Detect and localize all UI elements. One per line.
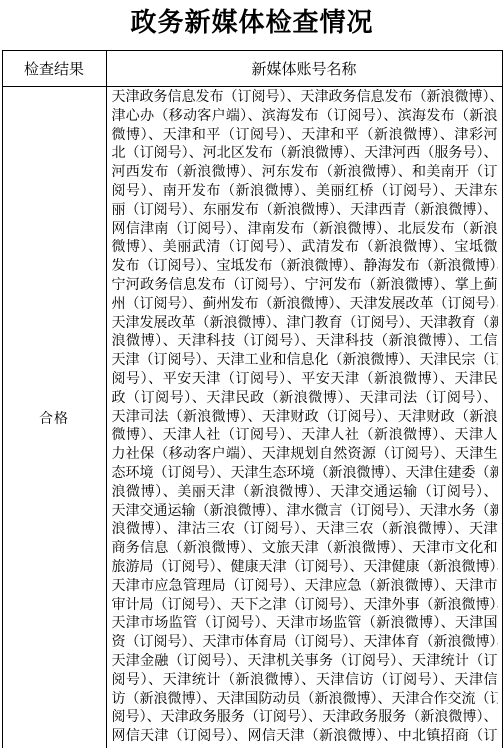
account-line: 商务信息（新浪微博）、文旅天津（新浪微博）、天津市文化和 xyxy=(112,540,498,559)
page-title: 政务新媒体检查情况 xyxy=(0,6,504,40)
account-line: 宁河政务信息发布（订阅号）、宁河发布（新浪微博）、掌上蓟 xyxy=(112,277,498,296)
header-result-column: 检查结果 xyxy=(2,51,106,87)
account-line: 北（订阅号）、河北区发布（新浪微博）、天津河西（服务号）、 xyxy=(112,145,498,164)
account-line: 天津政务信息发布（订阅号）、天津政务信息发布（新浪微博）、 xyxy=(112,89,498,108)
document-page: 政务新媒体检查情况 检查结果 新媒体账号名称 合格 天津政务信息发布（订阅号）、… xyxy=(0,0,504,748)
table-row: 合格 天津政务信息发布（订阅号）、天津政务信息发布（新浪微博）、津心办（移动客户… xyxy=(2,87,502,748)
account-line: 浪微博）、美丽天津（新浪微博）、天津交通运输（订阅号）、 xyxy=(112,484,498,503)
result-cell: 合格 xyxy=(2,87,106,748)
accounts-cell: 天津政务信息发布（订阅号）、天津政务信息发布（新浪微博）、津心办（移动客户端）、… xyxy=(106,87,502,748)
account-line: 天津司法（新浪微博）、天津财政（订阅号）、天津财政（新浪 xyxy=(112,409,498,428)
account-line: 网信津南（订阅号）、津南发布（新浪微博）、北辰发布（新浪 xyxy=(112,221,498,240)
account-line: 旅游局（订阅号）、健康天津（订阅号）、天津健康（新浪微博）、 xyxy=(112,559,498,578)
account-line: 网信天津（订阅号）、网信天津（新浪微博）、中北镇招商（订 xyxy=(112,728,498,747)
account-line: 州（订阅号）、蓟州发布（新浪微博）、天津发展改革（订阅号）、 xyxy=(112,296,498,315)
account-line: 天津市应急管理局（订阅号）、天津应急（新浪微博）、天津市 xyxy=(112,578,498,597)
account-line: 审计局（订阅号）、天下之津（订阅号）、天津外事（新浪微博）、 xyxy=(112,597,498,616)
account-line: 微博）、天津和平（订阅号）、天津和平（新浪微博）、津彩河 xyxy=(112,127,498,146)
account-line: 丽（订阅号）、东丽发布（新浪微博）、天津西青（新浪微博）、 xyxy=(112,202,498,221)
account-line: 浪微博）、天津科技（订阅号）、天津科技（新浪微博）、工信 xyxy=(112,333,498,352)
account-line: 阅号）、平安天津（订阅号）、平安天津（新浪微博）、天津民 xyxy=(112,371,498,390)
account-line: 访（新浪微博）、天津国防动员（新浪微博）、天津合作交流（订 xyxy=(112,691,498,710)
account-line: 微博）、美丽武清（订阅号）、武清发布（新浪微博）、宝坻微 xyxy=(112,239,498,258)
account-line: 阅号）、天津统计（新浪微博）、天津信访（订阅号）、天津信 xyxy=(112,672,498,691)
account-line: 天津市场监管（订阅号）、天津市场监管（新浪微博）、天津国 xyxy=(112,615,498,634)
account-line: 资（订阅号）、天津市体育局（订阅号）、天津体育（新浪微博）、 xyxy=(112,634,498,653)
account-line: 天津（订阅号）、天津工业和信息化（新浪微博）、天津民宗（订 xyxy=(112,352,498,371)
account-line: 天津交通运输（新浪微博）、津水微言（订阅号）、天津水务（新 xyxy=(112,503,498,522)
account-line: 天津发展改革（新浪微博）、津门教育（订阅号）、天津教育（新 xyxy=(112,315,498,334)
account-line: 天津金融（订阅号）、天津机关事务（订阅号）、天津统计（订 xyxy=(112,653,498,672)
account-line: 阅号）、南开发布（新浪微博）、美丽红桥（订阅号）、天津东 xyxy=(112,183,498,202)
account-line: 微博）、天津人社（订阅号）、天津人社（新浪微博）、天津人 xyxy=(112,427,498,446)
account-line: 阅号）、天津政务服务（订阅号）、天津政务服务（新浪微博）、 xyxy=(112,709,498,728)
header-accounts-column: 新媒体账号名称 xyxy=(106,51,502,87)
table-header-row: 检查结果 新媒体账号名称 xyxy=(2,51,502,87)
account-line: 河西发布（新浪微博）、河东发布（新浪微博）、和美南开（订 xyxy=(112,164,498,183)
account-line: 力社保（移动客户端）、天津规划自然资源（订阅号）、天津生 xyxy=(112,446,498,465)
account-line: 态环境（订阅号）、天津生态环境（新浪微博）、天津住建委（新 xyxy=(112,465,498,484)
account-line: 浪微博）、津沽三农（订阅号）、天津三农（新浪微博）、天津 xyxy=(112,521,498,540)
account-line: 发布（订阅号）、宝坻发布（新浪微博）、静海发布（新浪微博）、 xyxy=(112,258,498,277)
account-line: 政（订阅号）、天津民政（新浪微博）、天津司法（订阅号）、 xyxy=(112,390,498,409)
inspection-table: 检查结果 新媒体账号名称 合格 天津政务信息发布（订阅号）、天津政务信息发布（新… xyxy=(2,50,503,748)
account-line: 津心办（移动客户端）、滨海发布（订阅号）、滨海发布（新浪 xyxy=(112,108,498,127)
